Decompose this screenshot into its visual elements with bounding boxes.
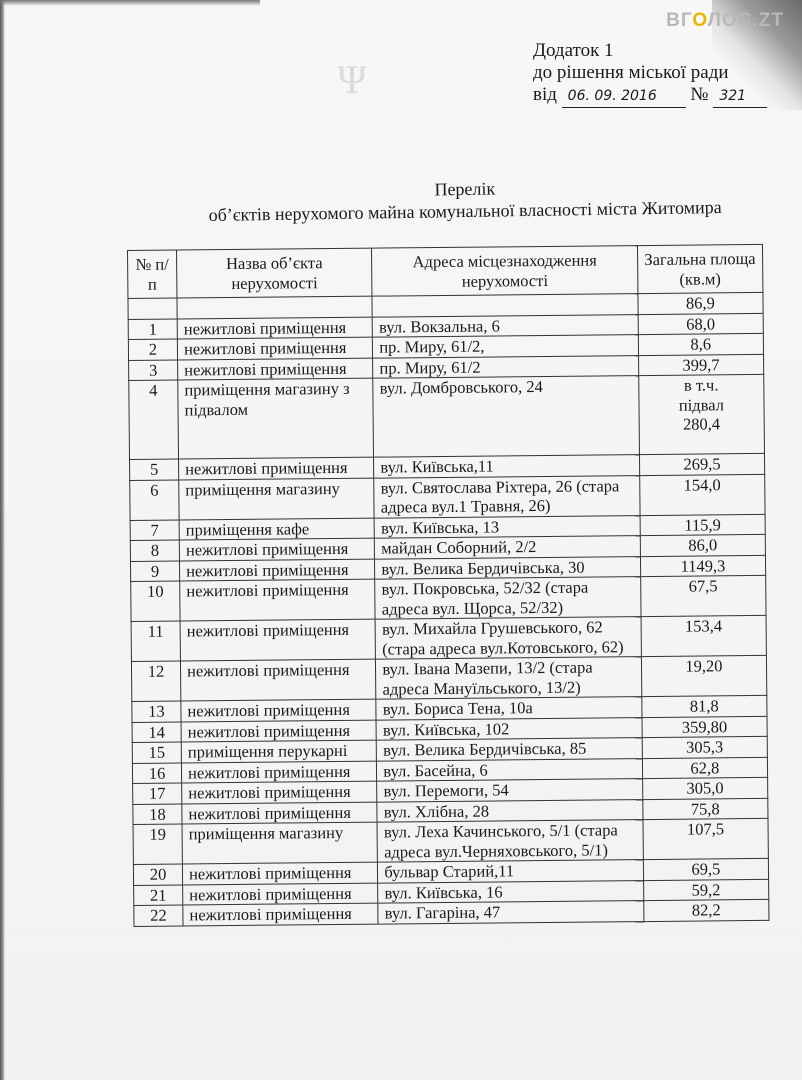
area-value: 399,7 [645, 354, 757, 375]
cell-name: нежитлові приміщення [177, 337, 372, 359]
page-top-edge-shadow [0, 0, 260, 6]
cell-name: нежитлові приміщення [181, 720, 376, 742]
cell-name: нежитлові приміщення [181, 659, 377, 701]
area-value: 8,6 [645, 334, 757, 355]
cell-num: 7 [130, 520, 179, 541]
appendix-header: Додаток 1 до рішення міської ради від 06… [533, 40, 767, 108]
cell-area: 62,8 [642, 757, 767, 779]
cell-name: приміщення магазину [179, 478, 375, 520]
area-value: 62,8 [649, 757, 761, 778]
number-label: № [690, 84, 708, 105]
area-value: 59,2 [650, 879, 762, 900]
cell-num: 20 [133, 864, 182, 885]
cell-num: 21 [134, 884, 183, 905]
cell-area: 1149,3 [640, 555, 765, 577]
watermark-signal-icon: О [692, 10, 707, 31]
cell-area: 359,80 [642, 716, 767, 738]
cell-name: нежитлові приміщення [180, 619, 376, 661]
cell-area: 86,0 [640, 534, 765, 556]
cell-num: 15 [132, 742, 181, 763]
area-value: 1149,3 [647, 555, 759, 576]
trident-emblem-icon: Ψ [330, 55, 374, 105]
handwritten-number: 321 [713, 85, 767, 108]
cell-name: нежитлові приміщення [181, 699, 376, 721]
cell-address: вул. Перемоги, 54 [377, 779, 643, 802]
cell-name: нежитлові приміщення [183, 883, 378, 905]
header-address: Адреса місцезнаходження нерухомості [372, 246, 638, 297]
document-title: Перелік об’єктів нерухомого майна комуна… [170, 173, 761, 226]
cell-address: вул. Михайла Грушевського, 62 (стара адр… [375, 617, 641, 660]
cell-address: вул. Гагаріна, 47 [378, 901, 644, 924]
cell-address: вул. Київська, 102 [376, 717, 642, 740]
cell-address: вул. Хлібна, 28 [377, 799, 643, 822]
area-value: 269,5 [646, 454, 758, 475]
table-row: 4приміщення магазину з підваломвул. Домб… [129, 374, 765, 459]
table-row: 12нежитлові приміщеннявул. Івана Мазепи,… [131, 655, 766, 701]
area-value: 67,5 [647, 576, 759, 597]
table-row: 10нежитлові приміщеннявул. Покровська, 5… [131, 575, 766, 621]
cell-area: 67,5 [640, 575, 766, 616]
cell-address: вул. Івана Мазепи, 13/2 (стара адреса Ма… [376, 657, 642, 700]
area-value: підвал [645, 394, 757, 415]
cell-num: 1 [128, 319, 177, 340]
appendix-title: Додаток 1 [533, 40, 767, 62]
cell-name: нежитлові приміщення [182, 781, 377, 803]
scanned-document-page: ВГОЛОС.ZT Ψ Додаток 1 до рішення міської… [0, 0, 802, 1080]
cell-num: 16 [132, 763, 181, 784]
cell-area: 81,8 [642, 695, 767, 717]
cell-address: вул. Вокзальна, 6 [373, 314, 639, 337]
cell-num: 4 [129, 380, 179, 459]
cell-name: нежитлові приміщення [182, 862, 377, 884]
area-value: 115,9 [646, 514, 758, 535]
cell-num: 12 [131, 661, 180, 701]
cell-name: приміщення кафе [179, 518, 374, 540]
cell-area: в т.ч.підвал280,4 [638, 374, 764, 454]
area-value: 68,0 [644, 313, 756, 334]
cell-num: 10 [131, 581, 180, 621]
area-value: 154,0 [646, 474, 758, 495]
area-value: 82,2 [650, 900, 762, 921]
cell-num: 13 [132, 701, 181, 722]
table-row: 6приміщення магазинувул. Святослава Ріхт… [130, 474, 765, 520]
area-value: 305,0 [649, 778, 761, 799]
cell-address: вул. Леха Качинського, 5/1 (стара адреса… [377, 820, 643, 863]
cell-area: 153,4 [641, 615, 767, 656]
cell-address: вул. Домбровського, 24 [373, 376, 639, 458]
cell-num: 8 [130, 540, 179, 561]
cell-name: нежитлові приміщення [182, 802, 377, 824]
area-value: 153,4 [647, 616, 759, 637]
cell-area: 19,20 [641, 655, 767, 696]
cell-area: 82,2 [644, 899, 769, 921]
property-table: № п/п Назва об’єкта нерухомості Адреса м… [127, 244, 769, 927]
cell-area: 107,5 [643, 818, 769, 859]
cell-address: пр. Миру, 61/2 [373, 355, 639, 378]
cell-name: приміщення магазину [182, 822, 378, 864]
handwritten-date: 06. 09. 2016 [562, 85, 686, 108]
cell-num: 14 [132, 722, 181, 743]
area-value: 81,8 [648, 696, 760, 717]
cell-address: вул. Київська, 13 [374, 515, 640, 538]
area-value: 107,5 [649, 819, 761, 840]
area-value: 359,80 [648, 716, 760, 737]
area-value: 280,4 [645, 414, 757, 435]
cell-area: 305,0 [642, 777, 767, 799]
area-value: 69,5 [650, 859, 762, 880]
cell-num: 22 [134, 905, 183, 926]
cell-area: 269,5 [639, 453, 764, 475]
cell-area: 69,5 [643, 858, 768, 880]
cell-num: 19 [133, 824, 182, 864]
cell-name: нежитлові приміщення [180, 559, 375, 581]
cell-address: вул. Велика Бердичівська, 85 [377, 738, 643, 761]
table-header-row: № п/п Назва об’єкта нерухомості Адреса м… [128, 244, 763, 298]
cell-area: 115,9 [640, 514, 765, 536]
cell-area: 399,7 [638, 354, 763, 376]
cell-address: вул. Святослава Ріхтера, 26 (стара адрес… [374, 475, 640, 518]
watermark-logo: ВГОЛОС.ZT [666, 10, 784, 32]
cell-area: 86,9 [638, 292, 763, 314]
watermark-text-end: ЛОС.ZT [708, 10, 784, 31]
cell-address: вул. Басейна, 6 [377, 758, 643, 781]
cell-area: 68,0 [638, 313, 763, 335]
appendix-subtitle: до рішення міської ради [533, 62, 767, 84]
area-value [646, 433, 758, 454]
cell-area: 75,8 [643, 798, 768, 820]
page-edge-shadow [0, 0, 5, 1080]
table-row: 11нежитлові приміщеннявул. Михайла Груше… [131, 615, 766, 661]
cell-area: 59,2 [643, 879, 768, 901]
cell-num: 11 [131, 621, 180, 661]
cell-num: 3 [129, 360, 178, 381]
cell-name: приміщення перукарні [181, 740, 376, 762]
cell-num: 17 [133, 783, 182, 804]
cell-area: 154,0 [639, 474, 765, 515]
area-value: в т.ч. [645, 375, 757, 396]
cell-address: майдан Соборний, 2/2 [375, 536, 641, 559]
cell-name: нежитлові приміщення [179, 457, 374, 479]
cell-num: 9 [130, 561, 179, 582]
area-value: 19,20 [648, 656, 760, 677]
cell-name: нежитлові приміщення [180, 579, 376, 621]
area-value: 75,8 [649, 798, 761, 819]
cell-name: нежитлові приміщення [181, 761, 376, 783]
cell-name: нежитлові приміщення [183, 903, 378, 925]
area-value: 305,3 [648, 737, 760, 758]
cell-num: 2 [128, 339, 177, 360]
cell-num: 18 [133, 803, 182, 824]
area-value: 86,0 [647, 535, 759, 556]
cell-name: нежитлові приміщення [179, 538, 374, 560]
cell-area: 305,3 [642, 736, 767, 758]
watermark-text-start: ВГ [666, 10, 692, 31]
cell-name: нежитлові приміщення [178, 358, 373, 380]
date-label: від [533, 84, 557, 105]
cell-name: нежитлові приміщення [177, 317, 372, 339]
cell-address: вул. Київська,11 [374, 455, 640, 478]
cell-area: 8,6 [638, 333, 763, 355]
cell-num: 5 [130, 459, 179, 480]
cell-address: бульвар Старий,11 [378, 860, 644, 883]
cell-address: вул. Покровська, 52/32 (стара адреса вул… [375, 577, 641, 620]
cell-address: вул. Київська, 16 [378, 880, 644, 903]
header-name: Назва об’єкта нерухомості [177, 248, 373, 298]
cell-address: вул. Бориса Тена, 10а [376, 697, 642, 720]
cell-address: пр. Миру, 61/2, [373, 335, 639, 358]
cell-name: приміщення магазину з підвалом [178, 378, 374, 459]
table-row: 19приміщення магазинувул. Леха Качинсько… [133, 818, 768, 864]
header-area: Загальна площа (кв.м) [637, 244, 763, 293]
cell-num: 6 [130, 480, 179, 520]
cell-address: вул. Велика Бердичівська, 30 [375, 556, 641, 579]
appendix-date-line: від 06. 09. 2016 № 321 [533, 84, 767, 108]
header-num: № п/п [128, 250, 178, 298]
